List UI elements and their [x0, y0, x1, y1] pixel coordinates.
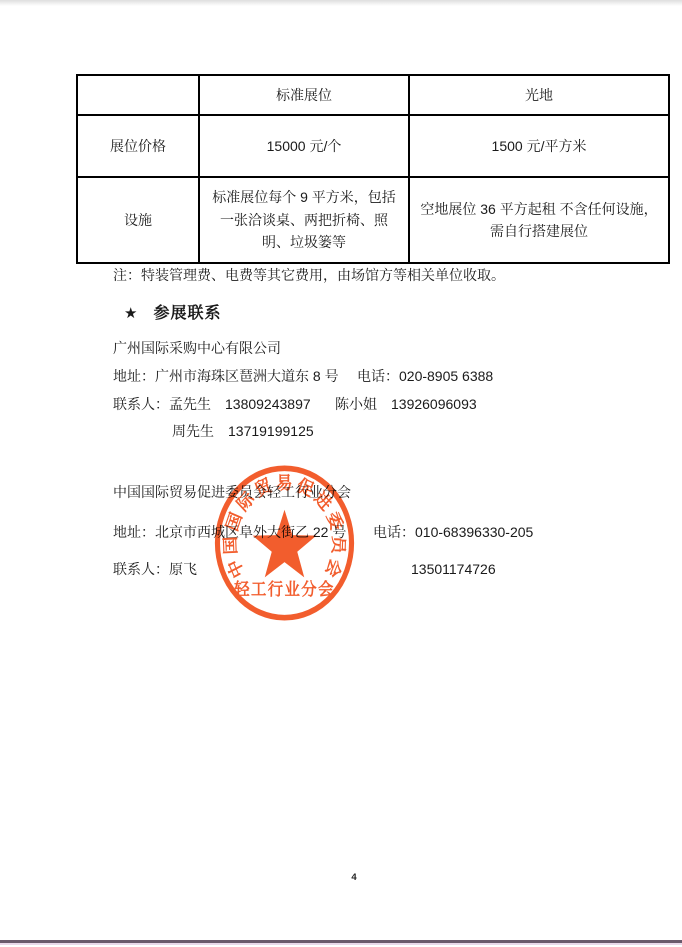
price-rawspace-value: 1500 元/平方米	[409, 115, 669, 177]
guangzhou-contact-1: 联系人：孟先生 13809243897	[113, 394, 311, 414]
top-shadow	[0, 0, 682, 6]
table-row-price: 展位价格 15000 元/个 1500 元/平方米	[77, 115, 669, 177]
facilities-standard-value: 标准展位每个 9 平方米，包括一张洽谈桌、两把折椅、照明、垃圾篓等	[199, 177, 409, 263]
beijing-address: 地址：北京市西城区阜外大街乙 22 号	[113, 522, 346, 542]
beijing-contact-name: 联系人：原飞	[113, 559, 197, 579]
guangzhou-company-name: 广州国际采购中心有限公司	[113, 338, 281, 358]
guangzhou-address: 地址：广州市海珠区琶洲大道东 8 号	[113, 366, 339, 386]
table-row-facilities: 设施 标准展位每个 9 平方米，包括一张洽谈桌、两把折椅、照明、垃圾篓等 空地展…	[77, 177, 669, 263]
price-row-label: 展位价格	[77, 115, 199, 177]
bottom-border-light	[0, 943, 682, 946]
stamp-bottom-text: 轻工行业分会	[233, 579, 334, 599]
guangzhou-contact-3: 周先生 13719199125	[172, 421, 314, 441]
guangzhou-contact-2: 陈小姐 13926096093	[335, 394, 477, 414]
guangzhou-phone: 电话：020-8905 6388	[357, 366, 493, 386]
page-number: 4	[26, 872, 682, 883]
beijing-contact-phone: 13501174726	[411, 559, 496, 579]
fee-note: 注：特装管理费、电费等其它费用，由场馆方等相关单位收取。	[113, 265, 505, 285]
facilities-row-label: 设施	[77, 177, 199, 263]
price-standard-value: 15000 元/个	[199, 115, 409, 177]
header-empty-cell	[77, 75, 199, 115]
document-page: { "table": { "headers": ["", "标准展位", "光地…	[0, 0, 682, 947]
facilities-rawspace-value: 空地展位 36 平方起租 不含任何设施，需自行搭建展位	[409, 177, 669, 263]
header-raw-space: 光地	[409, 75, 669, 115]
header-standard-booth: 标准展位	[199, 75, 409, 115]
beijing-company-name: 中国国际贸易促进委员会轻工行业分会	[113, 482, 351, 502]
stamp-star-icon	[253, 510, 317, 578]
star-icon: ★	[124, 305, 137, 322]
section-title: 参展联系	[153, 305, 221, 322]
table-header-row: 标准展位 光地	[77, 75, 669, 115]
booth-price-table: 标准展位 光地 展位价格 15000 元/个 1500 元/平方米 设施 标准展…	[76, 74, 670, 264]
contact-section-heading: ★参展联系	[124, 304, 221, 324]
beijing-phone: 电话：010-68396330-205	[373, 522, 533, 542]
